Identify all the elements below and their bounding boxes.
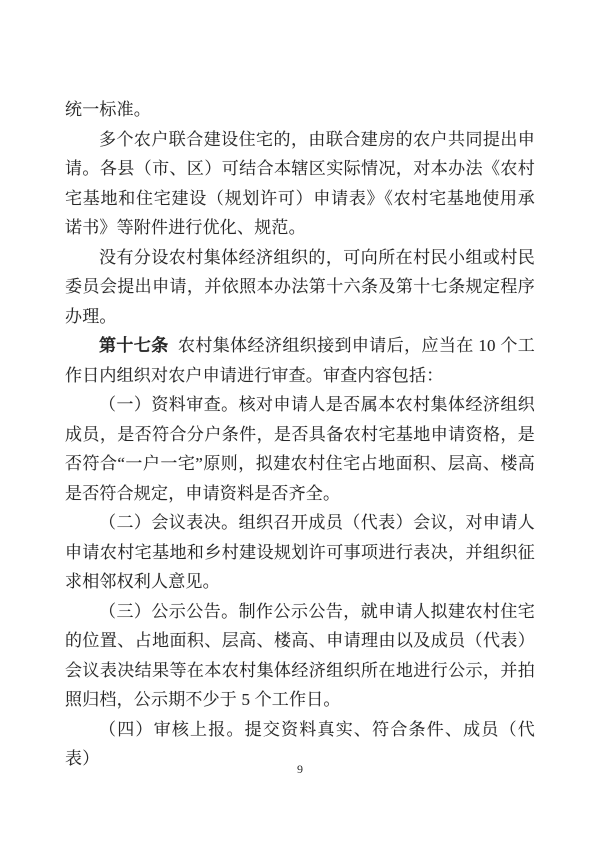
- paragraph-standard-continuation: 统一标准。: [65, 95, 535, 125]
- page-body-text: 统一标准。 多个农户联合建设住宅的，由联合建房的农户共同提出申请。各县（市、区）…: [65, 95, 535, 774]
- article-17-number: 第十七条: [99, 336, 169, 355]
- page-number-footer: 9: [0, 762, 600, 777]
- paragraph-item-1-material-review: （一）资料审查。核对申请人是否属本农村集体经济组织成员，是否符合分户条件，是否具…: [65, 390, 535, 508]
- paragraph-item-2-meeting-vote: （二）会议表决。组织召开成员（代表）会议，对申请人申请农村宅基地和乡村建设规划许…: [65, 508, 535, 597]
- paragraph-no-collective-org: 没有分设农村集体经济组织的，可向所在村民小组或村民委员会提出申请，并依照本办法第…: [65, 243, 535, 332]
- paragraph-joint-household-application: 多个农户联合建设住宅的，由联合建房的农户共同提出申请。各县（市、区）可结合本辖区…: [65, 125, 535, 243]
- paragraph-article-17: 第十七条农村集体经济组织接到申请后，应当在 10 个工作日内组织对农户申请进行审…: [65, 331, 535, 390]
- paragraph-item-3-public-notice: （三）公示公告。制作公示公告，就申请人拟建农村住宅的位置、占地面积、层高、楼高、…: [65, 597, 535, 715]
- document-page: 统一标准。 多个农户联合建设住宅的，由联合建房的农户共同提出申请。各县（市、区）…: [0, 0, 600, 848]
